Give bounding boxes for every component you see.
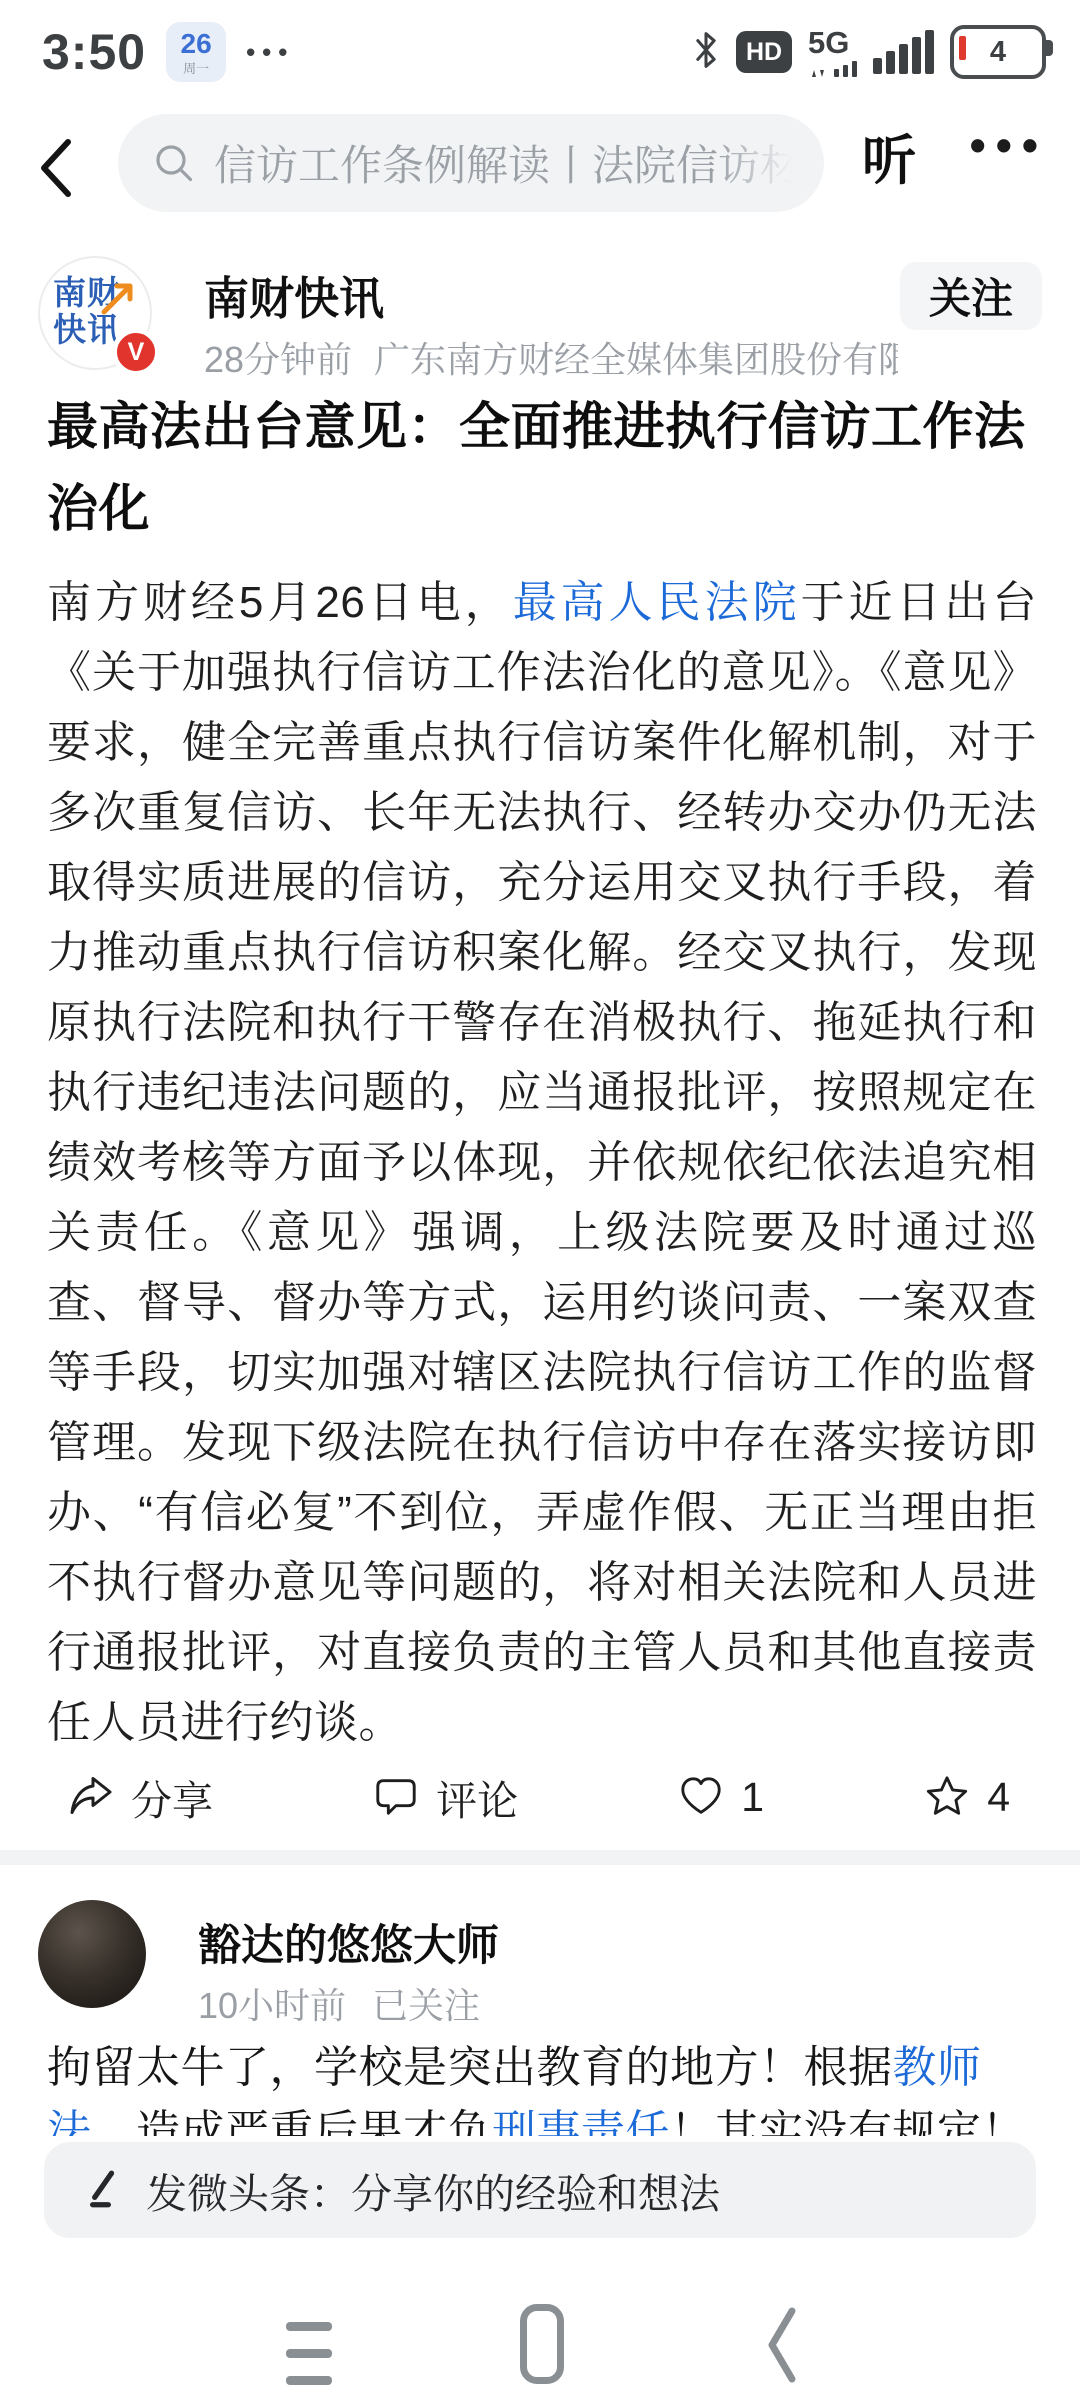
phone-screen: 3:50 26 周一 ••• HD 5G [0,0,1080,2400]
publisher-avatar[interactable]: 南财 快讯 V [38,256,152,370]
hd-call-icon: HD [736,31,792,73]
network-type: 5G [808,27,857,77]
like-count: 1 [741,1774,764,1821]
calendar-day: 26 [181,30,212,58]
status-bar-left: 3:50 26 周一 ••• [42,22,294,82]
search-query-text: 信访工作条例解读丨法院信访材料 [214,133,798,193]
comment-text-pre: 拘留太牛了，学校是突出教育的地方！根据 [47,2043,893,2092]
comment-meta: 10小时前 已关注 [198,1978,480,2029]
status-bar: 3:50 26 周一 ••• HD 5G [42,16,1046,88]
calendar-weekday: 周一 [183,62,209,75]
comment-label: 评论 [436,1768,518,1827]
verified-badge: V [112,328,160,376]
trend-arrow-icon [96,274,142,320]
share-label: 分享 [131,1768,213,1827]
composer-bar[interactable]: 发微头条：分享你的经验和想法 [44,2142,1036,2238]
body-text-post: 于近日出台《关于加强执行信访工作法治化的意见》。《意见》要求，健全完善重点执行信… [47,578,1037,1747]
nav-back-button[interactable] [766,2306,798,2389]
inline-link-supreme-court[interactable]: 最高人民法院 [513,578,801,627]
follow-button[interactable]: 关注 [900,262,1042,330]
comment-icon [373,1774,419,1820]
star-icon [924,1774,970,1820]
publisher-description: 广东南方财经全媒体集团股份有限公司旗下南财快… [374,339,898,380]
share-button[interactable]: 分享 [66,1768,213,1827]
battery-low-bar [959,36,966,60]
menu-icon [286,2322,332,2331]
back-chevron-icon [36,137,76,199]
comment-button[interactable]: 评论 [373,1768,518,1827]
commenter-name[interactable]: 豁达的悠悠大师 [198,1912,499,1973]
nav-back-chevron-icon [766,2306,798,2384]
search-bar[interactable]: 信访工作条例解读丨法院信访材料 [118,114,824,212]
like-button[interactable]: 1 [678,1774,764,1821]
share-icon [66,1773,114,1821]
comment-text-mid: ，造成严重后果才负 [92,2107,493,2136]
sim2-signal-icon [808,61,857,77]
clock-text: 3:50 [42,23,146,81]
follow-status: 已关注 [372,1978,480,2029]
comment-text: 拘留太牛了，学校是突出教育的地方！根据教师法，造成严重后果才负刑事责任！其实没有… [47,2036,1037,2136]
publisher-name[interactable]: 南财快讯 [204,262,384,327]
commenter-avatar[interactable] [38,1900,146,2008]
body-text-pre: 南方财经5月26日电， [47,578,513,627]
pencil-icon [80,2169,122,2211]
nav-home-button[interactable] [520,2304,564,2384]
action-bar: 分享 评论 1 4 [66,1754,1010,1840]
system-navbar [0,2290,1080,2400]
nav-recents-button[interactable] [280,2316,338,2391]
inline-link-criminal-liability[interactable]: 刑事责任 [492,2107,670,2136]
notification-overflow-icon: ••• [246,37,294,68]
bluetooth-icon [692,28,720,77]
article-body: 南方财经5月26日电，最高人民法院于近日出台《关于加强执行信访工作法治化的意见》… [47,568,1037,1758]
search-icon [152,141,196,185]
network-5g-label: 5G [808,27,849,58]
favorite-button[interactable]: 4 [924,1774,1010,1821]
section-divider [0,1850,1080,1865]
status-bar-right: HD 5G 4 [692,25,1046,79]
publisher-meta: 28分钟前广东南方财经全媒体集团股份有限公司旗下南财快… [204,332,898,383]
comment-time: 10小时前 [198,1978,346,2029]
back-button[interactable] [36,136,84,200]
battery-icon: 4 [950,25,1046,79]
listen-button[interactable]: 听 [862,124,916,200]
battery-percent: 4 [990,36,1006,69]
composer-placeholder: 发微头条：分享你的经验和想法 [146,2161,720,2220]
heart-icon [678,1774,724,1820]
signal-bars-icon [873,30,934,74]
more-options-icon[interactable]: ••• [970,118,1048,172]
favorite-count: 4 [987,1774,1010,1821]
calendar-badge: 26 周一 [166,22,226,82]
article-title: 最高法出台意见：全面推进执行信访工作法治化 [47,386,1037,550]
publish-time: 28分钟前 [204,339,352,380]
